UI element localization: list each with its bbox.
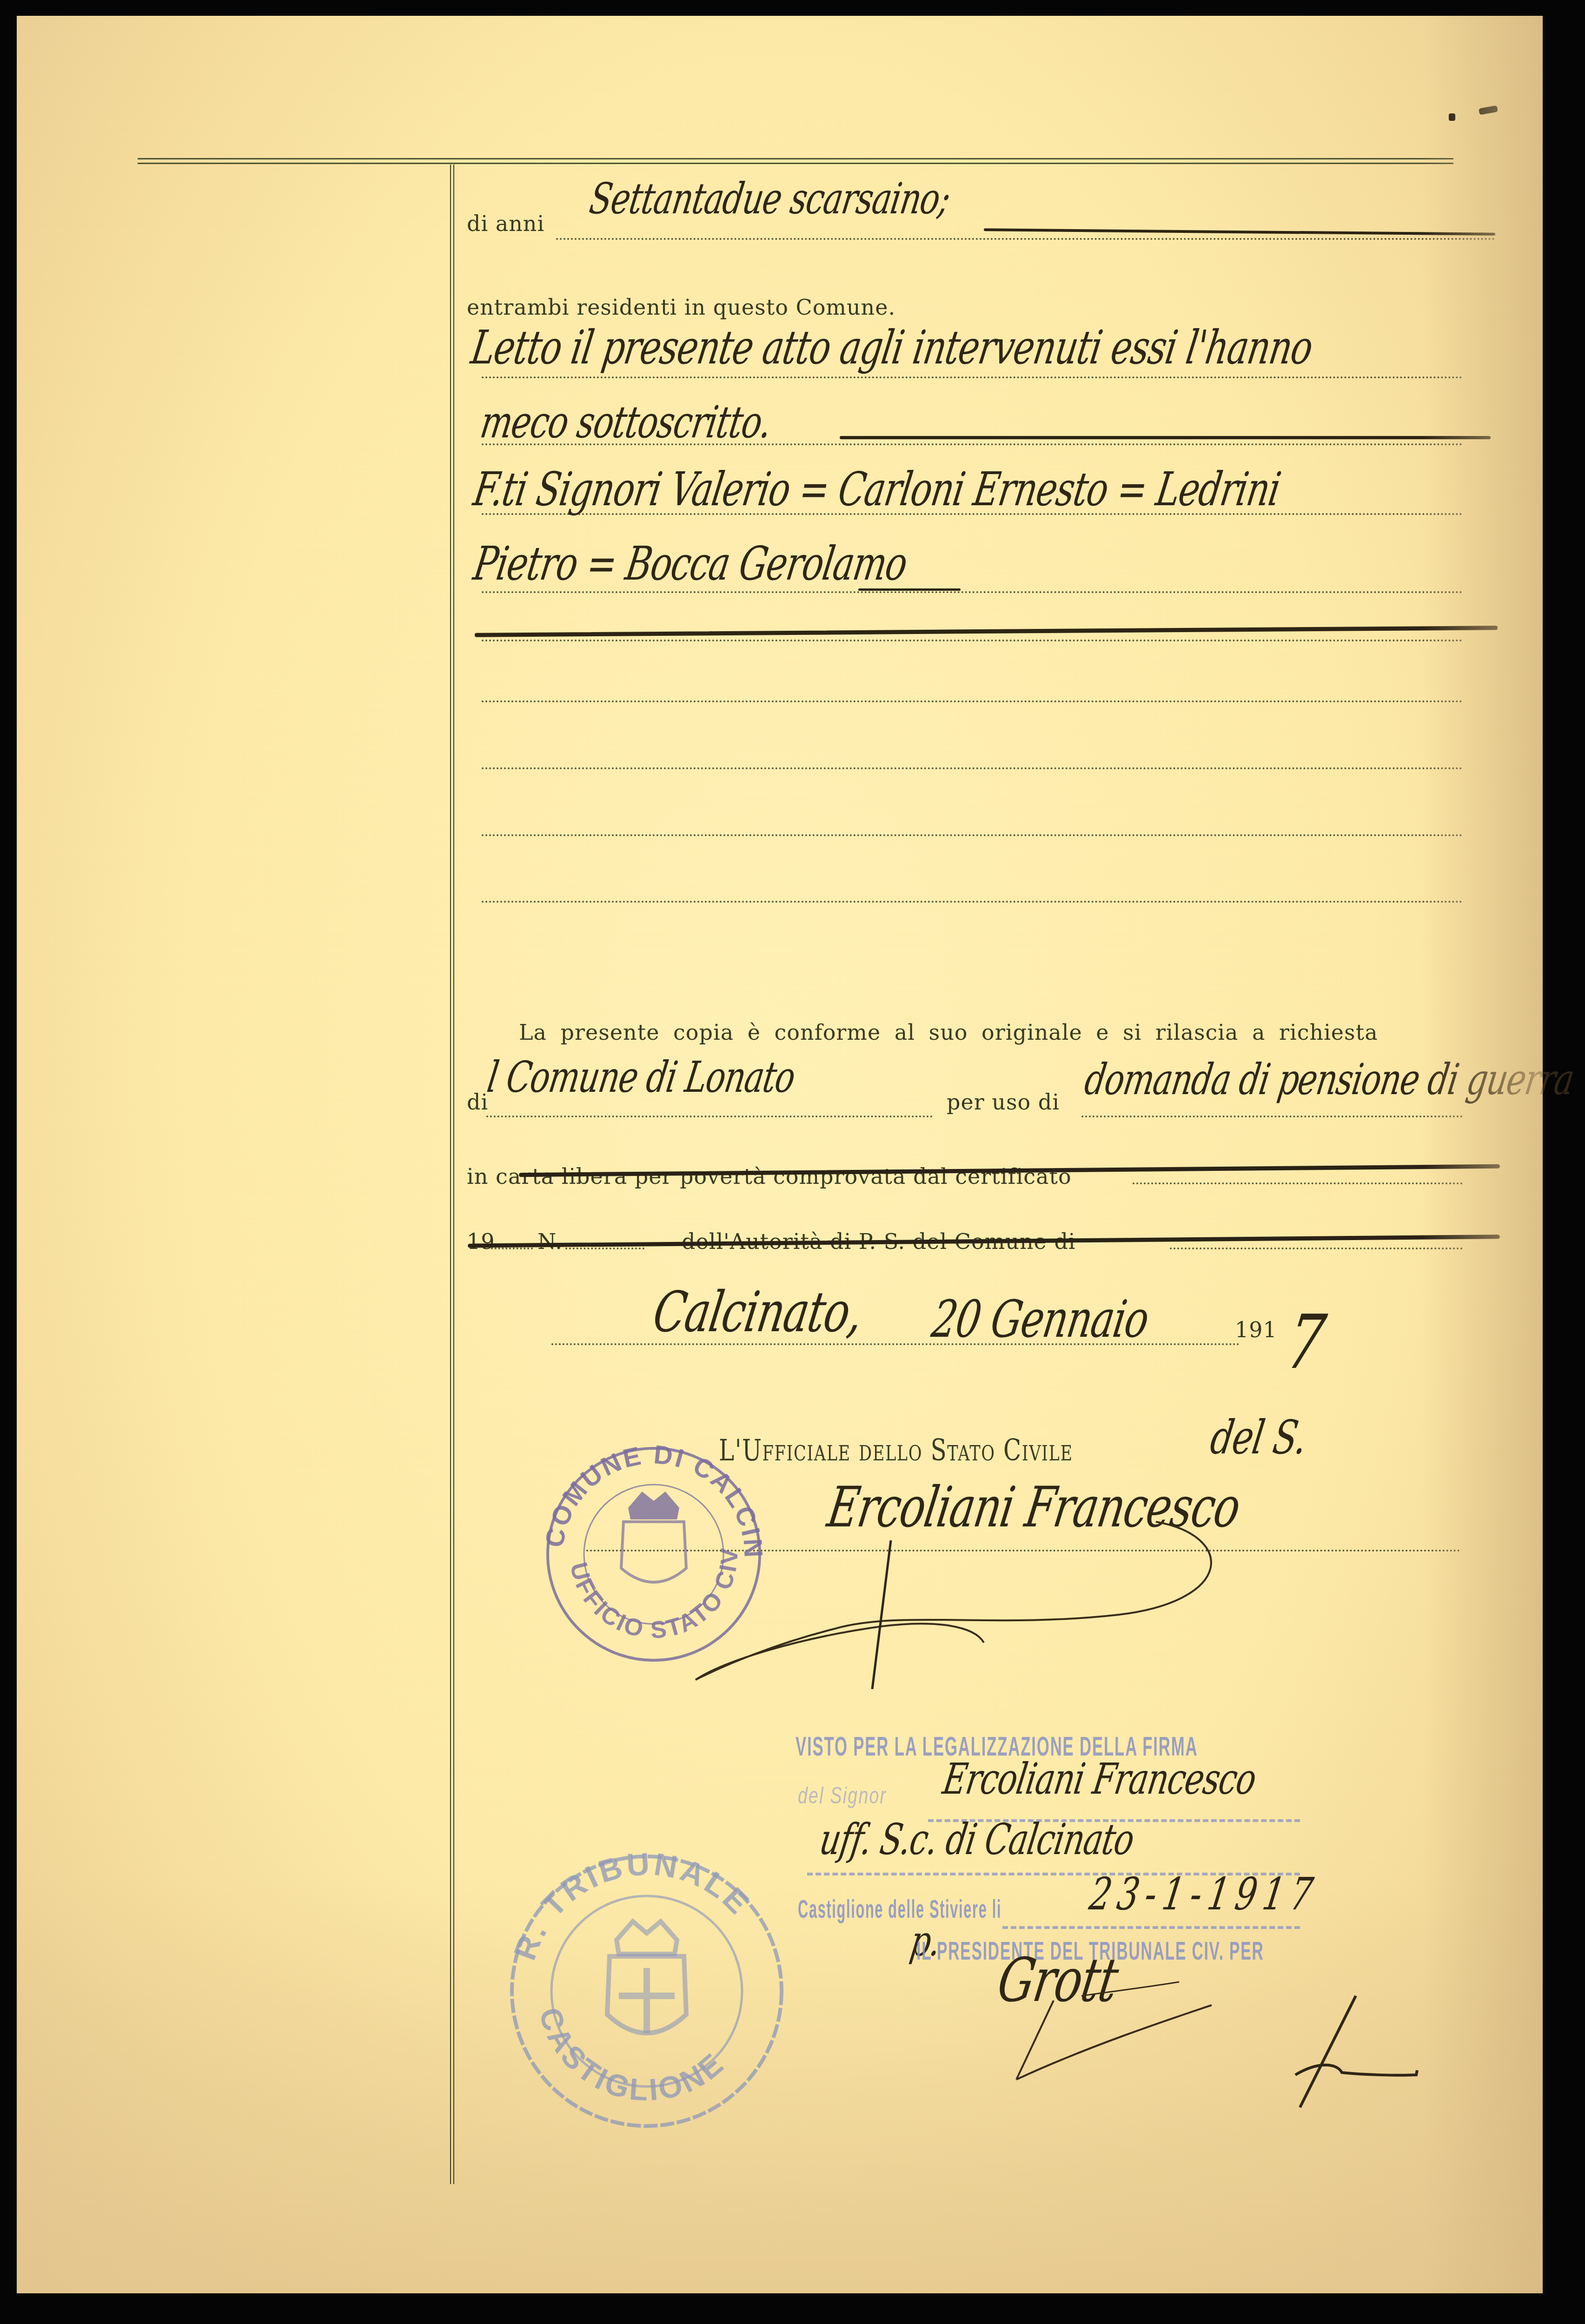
dotted-line-4c	[1170, 1248, 1463, 1249]
ink-spot-top-right	[1449, 113, 1455, 121]
residents-line: entrambi residenti in questo Comune.	[467, 295, 895, 320]
president-signature-flourish	[993, 1968, 1272, 2089]
dotted-line-3	[482, 513, 1463, 515]
dotted-line-age	[556, 238, 1495, 240]
ink-line-4	[858, 588, 961, 591]
ink-line-2	[840, 436, 1491, 439]
stamp-tribunale-text-bottom: CASTIGLIONE	[532, 2003, 731, 2107]
blank-dotted-line-2	[482, 767, 1463, 769]
dotted-line-4	[482, 591, 1463, 593]
handwritten-body-line-1: Letto il presente atto agli intervenuti …	[468, 320, 1316, 375]
dotted-line-4b	[565, 1248, 644, 1249]
document-page: di anni Settantadue scarsaino; entrambi …	[17, 16, 1543, 2293]
svg-text:R. TRIBUNALE: R. TRIBUNALE	[507, 1846, 757, 1965]
line-4-year: 19	[467, 1229, 495, 1254]
label-di-anni: di anni	[467, 211, 544, 236]
handwritten-place: Calcinato,	[649, 1280, 867, 1345]
ink-line-age	[984, 228, 1495, 236]
dotted-line-certificate	[1133, 1182, 1463, 1184]
svg-text:CASTIGLIONE: CASTIGLIONE	[532, 2003, 731, 2107]
handwritten-requester: l Comune di Lonato	[484, 1052, 798, 1102]
legalization-signor-handwritten: Ercoliani Francesco	[940, 1754, 1259, 1804]
label-per-uso-di: per uso di	[947, 1089, 1060, 1115]
legalization-place-label: Castiglione delle Stiviere li	[798, 1894, 1001, 1924]
handwritten-body-line-4: Pietro = Bocca Gerolamo	[470, 536, 911, 591]
stamp-comune-calcinato: COMUNE DI CALCINATO UFFICIO STATO CIVILE	[537, 1438, 770, 1670]
handwritten-date: 20 Gennaio	[928, 1289, 1153, 1349]
legalization-date-handwritten: 23-1-1917	[1086, 1868, 1323, 1920]
dotted-line-date	[551, 1343, 1240, 1345]
header-double-rule-top	[138, 158, 1453, 159]
line-4-number-label: N.	[537, 1229, 563, 1254]
dotted-line-purpose	[1081, 1116, 1463, 1117]
handwritten-purpose: domanda di pensione di guerra	[1081, 1055, 1577, 1104]
margin-rule-left	[450, 165, 451, 2184]
dotted-line-5	[482, 640, 1463, 641]
ink-line-closing	[475, 626, 1498, 637]
conformity-line-1: La presente copia è conforme al suo orig…	[519, 1020, 1378, 1045]
dotted-line-4a	[491, 1248, 533, 1249]
blank-dotted-line-3	[482, 834, 1463, 836]
dotted-line-requester	[486, 1116, 933, 1117]
margin-rule-right	[453, 165, 454, 2184]
legalization-del-signor-label: del Signor	[798, 1782, 887, 1809]
legalization-office-handwritten: uff. S.c. di Calcinato	[816, 1815, 1137, 1864]
blank-dotted-line-1	[482, 700, 1463, 702]
ink-spot-top-right-2	[1479, 106, 1498, 115]
handwritten-body-line-2: meco sottoscritto.	[477, 397, 775, 448]
dotted-line-1	[482, 376, 1463, 378]
blank-dotted-line-4	[482, 901, 1463, 903]
legalization-dash-3	[1002, 1926, 1300, 1929]
handwritten-year-digit: 7	[1281, 1299, 1330, 1386]
final-initial-flourish	[1281, 1996, 1430, 2117]
year-prefix: 191	[1235, 1317, 1277, 1342]
officer-title: L'Ufficiale dello Stato Civile	[719, 1433, 1073, 1468]
dotted-line-2	[482, 443, 1463, 445]
header-double-rule-bottom	[138, 163, 1453, 164]
stamp-tribunale-text-top: R. TRIBUNALE	[507, 1846, 757, 1965]
officer-title-suffix: del S.	[1207, 1410, 1310, 1465]
stamp-tribunale-castiglione: R. TRIBUNALE CASTIGLIONE	[503, 1847, 791, 2135]
handwritten-body-line-3: F.ti Signori Valerio = Carloni Ernesto =…	[470, 462, 1284, 516]
handwritten-age: Settantadue scarsaino;	[586, 174, 953, 224]
